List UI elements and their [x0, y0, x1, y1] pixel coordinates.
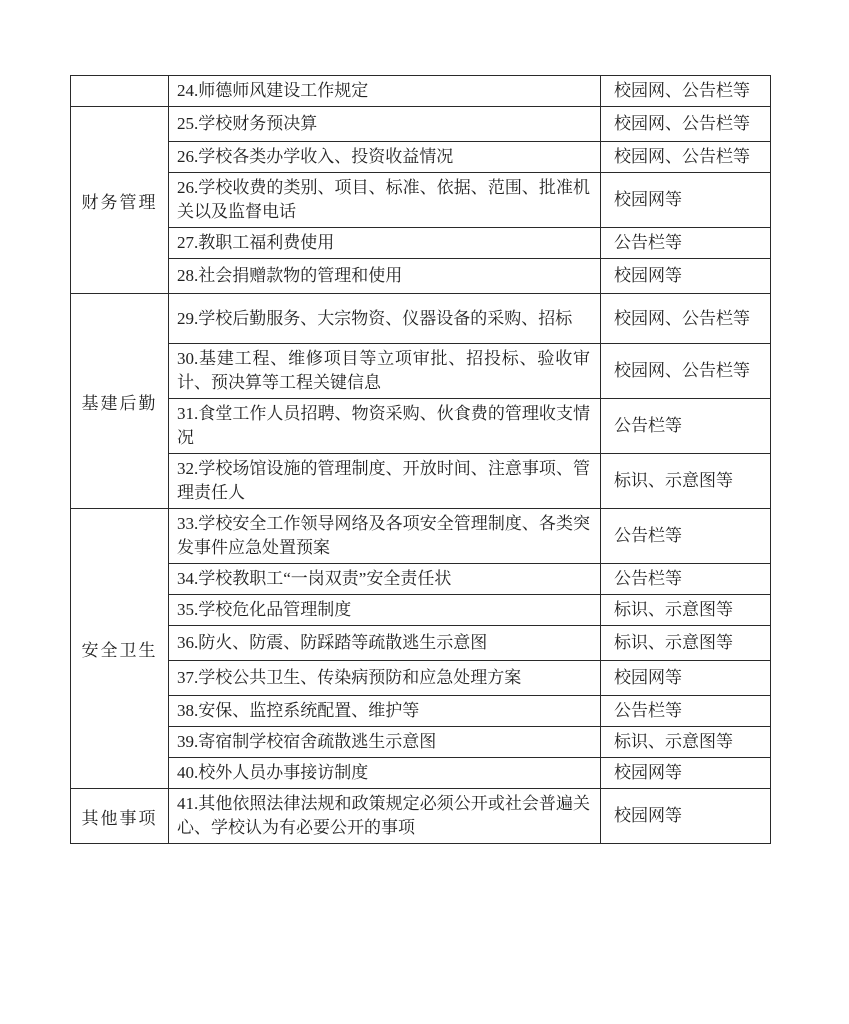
table-row: 财务管理 25.学校财务预决算 校园网、公告栏等: [71, 107, 771, 142]
item-cell: 29.学校后勤服务、大宗物资、仪器设备的采购、招标: [169, 294, 601, 344]
item-cell: 38.安保、监控系统配置、维护等: [169, 696, 601, 727]
category-cell-empty: [71, 76, 169, 107]
category-cell-infrastructure: 基建后勤: [71, 294, 169, 509]
channel-cell: 公告栏等: [601, 696, 771, 727]
table-row: 30.基建工程、维修项目等立项审批、招投标、验收审计、预决算等工程关键信息 校园…: [71, 344, 771, 399]
table-row: 40.校外人员办事接访制度 校园网等: [71, 758, 771, 789]
item-cell: 27.教职工福利费使用: [169, 228, 601, 259]
item-cell: 33.学校安全工作领导网络及各项安全管理制度、各类突发事件应急处置预案: [169, 509, 601, 564]
item-cell: 35.学校危化品管理制度: [169, 595, 601, 626]
table-row: 28.社会捐赠款物的管理和使用 校园网等: [71, 259, 771, 294]
channel-cell: 校园网、公告栏等: [601, 107, 771, 142]
category-cell-other: 其他事项: [71, 789, 169, 844]
item-cell: 32.学校场馆设施的管理制度、开放时间、注意事项、管理责任人: [169, 454, 601, 509]
item-cell: 31.食堂工作人员招聘、物资采购、伙食费的管理收支情况: [169, 399, 601, 454]
item-cell: 40.校外人员办事接访制度: [169, 758, 601, 789]
table-row: 38.安保、监控系统配置、维护等 公告栏等: [71, 696, 771, 727]
item-cell: 28.社会捐赠款物的管理和使用: [169, 259, 601, 294]
table-row: 26.学校收费的类别、项目、标准、依据、范围、批准机关以及监督电话 校园网等: [71, 173, 771, 228]
table-row: 基建后勤 29.学校后勤服务、大宗物资、仪器设备的采购、招标 校园网、公告栏等: [71, 294, 771, 344]
channel-cell: 校园网等: [601, 758, 771, 789]
channel-cell: 公告栏等: [601, 228, 771, 259]
item-cell: 26.学校各类办学收入、投资收益情况: [169, 142, 601, 173]
table-row: 37.学校公共卫生、传染病预防和应急处理方案 校园网等: [71, 661, 771, 696]
table-row: 其他事项 41.其他依照法律法规和政策规定必须公开或社会普遍关心、学校认为有必要…: [71, 789, 771, 844]
channel-cell: 校园网、公告栏等: [601, 294, 771, 344]
channel-cell: 标识、示意图等: [601, 727, 771, 758]
item-cell: 36.防火、防震、防踩踏等疏散逃生示意图: [169, 626, 601, 661]
item-cell: 30.基建工程、维修项目等立项审批、招投标、验收审计、预决算等工程关键信息: [169, 344, 601, 399]
channel-cell: 标识、示意图等: [601, 626, 771, 661]
table-row: 32.学校场馆设施的管理制度、开放时间、注意事项、管理责任人 标识、示意图等: [71, 454, 771, 509]
table-row: 34.学校教职工“一岗双责”安全责任状 公告栏等: [71, 564, 771, 595]
category-cell-safety: 安全卫生: [71, 509, 169, 789]
item-cell: 25.学校财务预决算: [169, 107, 601, 142]
table-row: 35.学校危化品管理制度 标识、示意图等: [71, 595, 771, 626]
channel-cell: 校园网等: [601, 259, 771, 294]
item-cell: 41.其他依照法律法规和政策规定必须公开或社会普遍关心、学校认为有必要公开的事项: [169, 789, 601, 844]
table-row: 31.食堂工作人员招聘、物资采购、伙食费的管理收支情况 公告栏等: [71, 399, 771, 454]
channel-cell: 校园网等: [601, 789, 771, 844]
channel-cell: 校园网、公告栏等: [601, 142, 771, 173]
table-row: 39.寄宿制学校宿舍疏散逃生示意图 标识、示意图等: [71, 727, 771, 758]
table-row: 27.教职工福利费使用 公告栏等: [71, 228, 771, 259]
category-cell-finance: 财务管理: [71, 107, 169, 294]
item-cell: 34.学校教职工“一岗双责”安全责任状: [169, 564, 601, 595]
table-row: 36.防火、防震、防踩踏等疏散逃生示意图 标识、示意图等: [71, 626, 771, 661]
item-cell: 24.师德师风建设工作规定: [169, 76, 601, 107]
table-row: 安全卫生 33.学校安全工作领导网络及各项安全管理制度、各类突发事件应急处置预案…: [71, 509, 771, 564]
channel-cell: 校园网等: [601, 661, 771, 696]
channel-cell: 公告栏等: [601, 564, 771, 595]
channel-cell: 标识、示意图等: [601, 454, 771, 509]
item-cell: 37.学校公共卫生、传染病预防和应急处理方案: [169, 661, 601, 696]
item-cell: 39.寄宿制学校宿舍疏散逃生示意图: [169, 727, 601, 758]
channel-cell: 公告栏等: [601, 399, 771, 454]
disclosure-table: 24.师德师风建设工作规定 校园网、公告栏等 财务管理 25.学校财务预决算 校…: [70, 75, 771, 844]
channel-cell: 校园网等: [601, 173, 771, 228]
document-page: 24.师德师风建设工作规定 校园网、公告栏等 财务管理 25.学校财务预决算 校…: [0, 0, 849, 1024]
channel-cell: 校园网、公告栏等: [601, 344, 771, 399]
channel-cell: 标识、示意图等: [601, 595, 771, 626]
table-row: 24.师德师风建设工作规定 校园网、公告栏等: [71, 76, 771, 107]
channel-cell: 校园网、公告栏等: [601, 76, 771, 107]
table-row: 26.学校各类办学收入、投资收益情况 校园网、公告栏等: [71, 142, 771, 173]
item-cell: 26.学校收费的类别、项目、标准、依据、范围、批准机关以及监督电话: [169, 173, 601, 228]
channel-cell: 公告栏等: [601, 509, 771, 564]
